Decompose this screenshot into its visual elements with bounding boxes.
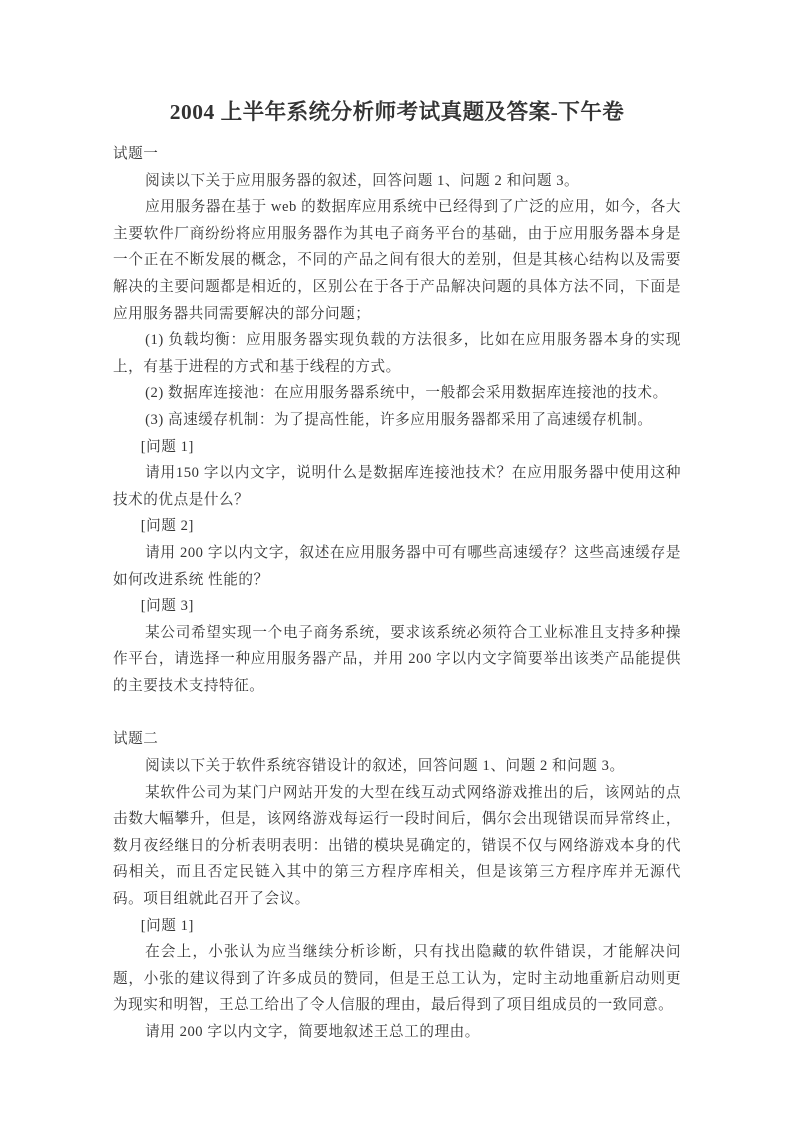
document-page: 2004 上半年系统分析师考试真题及答案-下午卷 试题一 阅读以下关于应用服务器… (0, 0, 794, 1123)
section-exam-question-2: 试题二 阅读以下关于软件系统容错设计的叙述，回答问题 1、问题 2 和问题 3。… (113, 726, 681, 1045)
problem-label-1: [问题 1] (113, 434, 681, 461)
problem-label-2: [问题 2] (113, 513, 681, 540)
section-heading: 试题一 (113, 141, 681, 168)
section-exam-question-1: 试题一 阅读以下关于应用服务器的叙述，回答问题 1、问题 2 和问题 3。 应用… (113, 141, 681, 699)
problem-label-3: [问题 3] (113, 593, 681, 620)
paragraph: 某软件公司为某门户网站开发的大型在线互动式网络游戏推出的后，该网站的点击数大幅攀… (113, 780, 681, 913)
paragraph: 某公司希望实现一个电子商务系统，要求该系统必须符合工业标准且支持多种操作平台，请… (113, 620, 681, 700)
section-heading: 试题二 (113, 726, 681, 753)
list-item-2: (2) 数据库连接池：在应用服务器系统中，一般都会采用数据库连接池的技术。 (113, 380, 681, 407)
paragraph: 请用150 字以内文字，说明什么是数据库连接池技术？在应用服务器中使用这种技术的… (113, 460, 681, 513)
document-body: 试题一 阅读以下关于应用服务器的叙述，回答问题 1、问题 2 和问题 3。 应用… (113, 141, 681, 1046)
problem-label-1: [问题 1] (113, 913, 681, 940)
list-item-1: (1) 负载均衡：应用服务器实现负载的方法很多，比如在应用服务器本身的实现上，有… (113, 327, 681, 380)
list-item-3: (3) 高速缓存机制：为了提高性能，许多应用服务器都采用了高速缓存机制。 (113, 407, 681, 434)
paragraph: 在会上，小张认为应当继续分析诊断，只有找出隐藏的软件错误，才能解决问题，小张的建… (113, 939, 681, 1019)
paragraph: 请用 200 字以内文字，叙述在应用服务器中可有哪些高速缓存？这些高速缓存是如何… (113, 540, 681, 593)
document-title: 2004 上半年系统分析师考试真题及答案-下午卷 (113, 97, 681, 127)
paragraph: 应用服务器在基于 web 的数据库应用系统中已经得到了广泛的应用，如今，各大主要… (113, 194, 681, 327)
paragraph: 请用 200 字以内文字，简要地叙述王总工的理由。 (113, 1019, 681, 1046)
paragraph: 阅读以下关于软件系统容错设计的叙述，回答问题 1、问题 2 和问题 3。 (113, 753, 681, 780)
section-spacer (113, 699, 681, 726)
paragraph: 阅读以下关于应用服务器的叙述，回答问题 1、问题 2 和问题 3。 (113, 168, 681, 195)
